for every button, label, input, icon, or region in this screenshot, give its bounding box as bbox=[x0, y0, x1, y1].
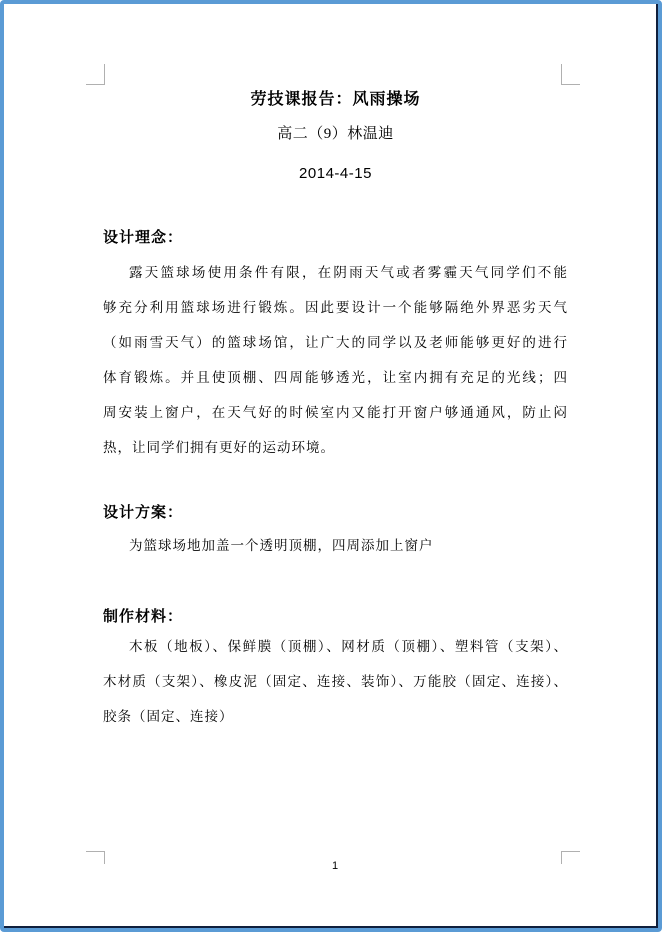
section-heading-materials: 制作材料： bbox=[103, 607, 568, 628]
paragraph-line: 热，让同学们拥有更好的运动环境。 bbox=[103, 430, 568, 465]
doc-byline: 高二（9）林温迪 bbox=[103, 123, 568, 145]
margin-mark-top-left bbox=[86, 64, 105, 85]
paragraph-design-concept: 露天篮球场使用条件有限，在阴雨天气或者雾霾天气同学们不能 够充分利用篮球场进行锻… bbox=[103, 255, 568, 465]
paragraph-line: 木板（地板）、保鲜膜（顶棚）、网材质（顶棚）、塑料管（支架）、 bbox=[103, 629, 568, 664]
paragraph-materials: 木板（地板）、保鲜膜（顶棚）、网材质（顶棚）、塑料管（支架）、 木材质（支架）、… bbox=[103, 629, 568, 734]
paragraph-line: 体育锻炼。并且使顶棚、四周能够透光，让室内拥有充足的光线；四 bbox=[103, 360, 568, 395]
document-frame: 劳技课报告：风雨操场 高二（9）林温迪 2014-4-15 设计理念： 露天篮球… bbox=[0, 0, 662, 932]
paragraph-line: 木材质（支架）、橡皮泥（固定、连接、装饰）、万能胶（固定、连接）、 bbox=[103, 664, 568, 699]
paragraph-design-plan: 为篮球场地加盖一个透明顶棚，四周添加上窗户 bbox=[103, 528, 568, 563]
page-number: 1 bbox=[4, 858, 662, 874]
doc-title: 劳技课报告：风雨操场 bbox=[103, 88, 568, 112]
paragraph-line: 够充分利用篮球场进行锻炼。因此要设计一个能够隔绝外界恶劣天气 bbox=[103, 290, 568, 325]
section-heading-design-plan: 设计方案： bbox=[103, 503, 568, 524]
paragraph-line: 周安装上窗户，在天气好的时候室内又能打开窗户够通通风，防止闷 bbox=[103, 395, 568, 430]
margin-mark-top-right bbox=[561, 64, 580, 85]
section-heading-design-concept: 设计理念： bbox=[103, 228, 568, 249]
paragraph-line: （如雨雪天气）的篮球场馆，让广大的同学以及老师能够更好的进行 bbox=[103, 325, 568, 360]
paragraph-line: 露天篮球场使用条件有限，在阴雨天气或者雾霾天气同学们不能 bbox=[103, 255, 568, 290]
doc-date: 2014-4-15 bbox=[103, 163, 568, 185]
paragraph-line: 为篮球场地加盖一个透明顶棚，四周添加上窗户 bbox=[103, 528, 568, 563]
paragraph-line: 胶条（固定、连接） bbox=[103, 699, 568, 734]
